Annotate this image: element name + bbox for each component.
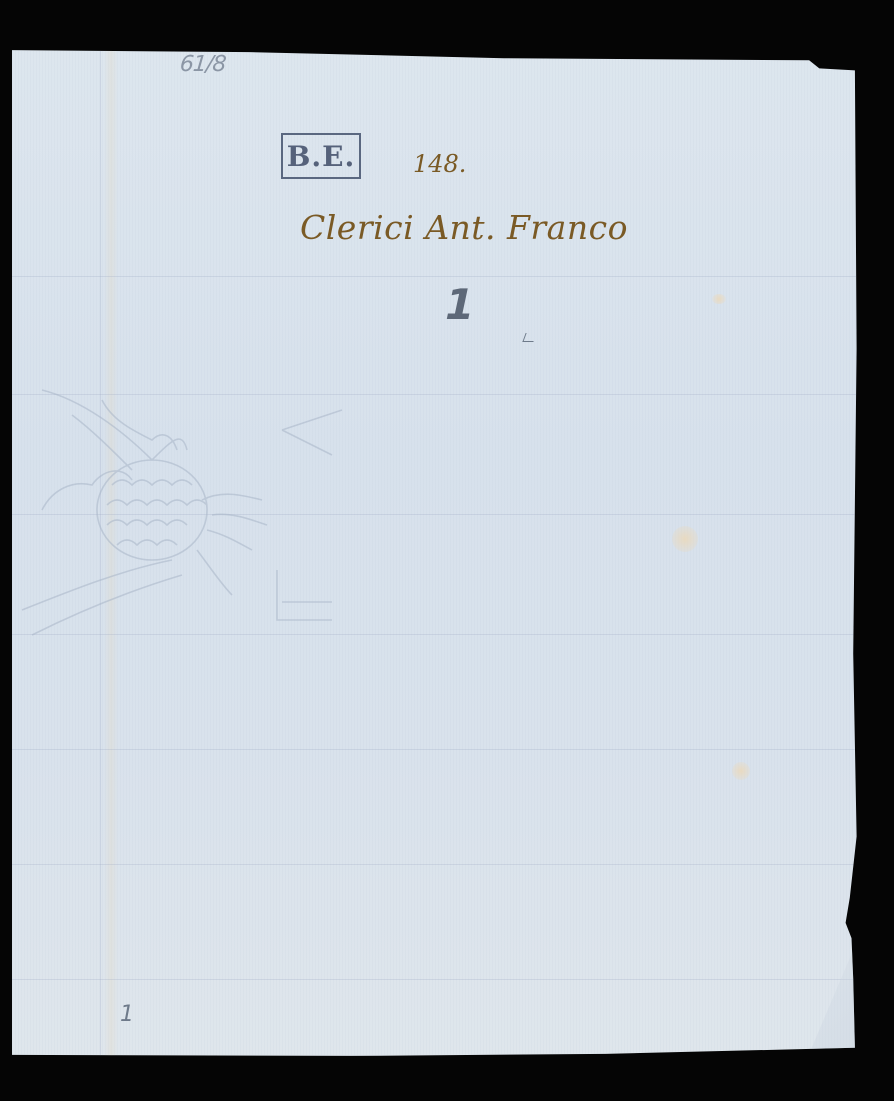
chain-line — [12, 864, 860, 865]
chain-line — [12, 276, 860, 277]
archive-stamp: B.E. — [281, 133, 361, 179]
pencil-bottom-number: 1 — [120, 1002, 134, 1027]
folio-number: 148. — [413, 150, 466, 178]
double-headed-eagle-icon — [12, 370, 352, 650]
pencil-reference-number: 61/8 — [179, 52, 227, 77]
foxing-spot — [712, 294, 726, 304]
foxing-spot — [672, 526, 698, 552]
chain-line — [12, 749, 860, 750]
chain-line — [12, 979, 860, 980]
foxing-spot — [732, 762, 750, 780]
handwritten-name: Clerici Ant. Franco — [300, 208, 628, 247]
